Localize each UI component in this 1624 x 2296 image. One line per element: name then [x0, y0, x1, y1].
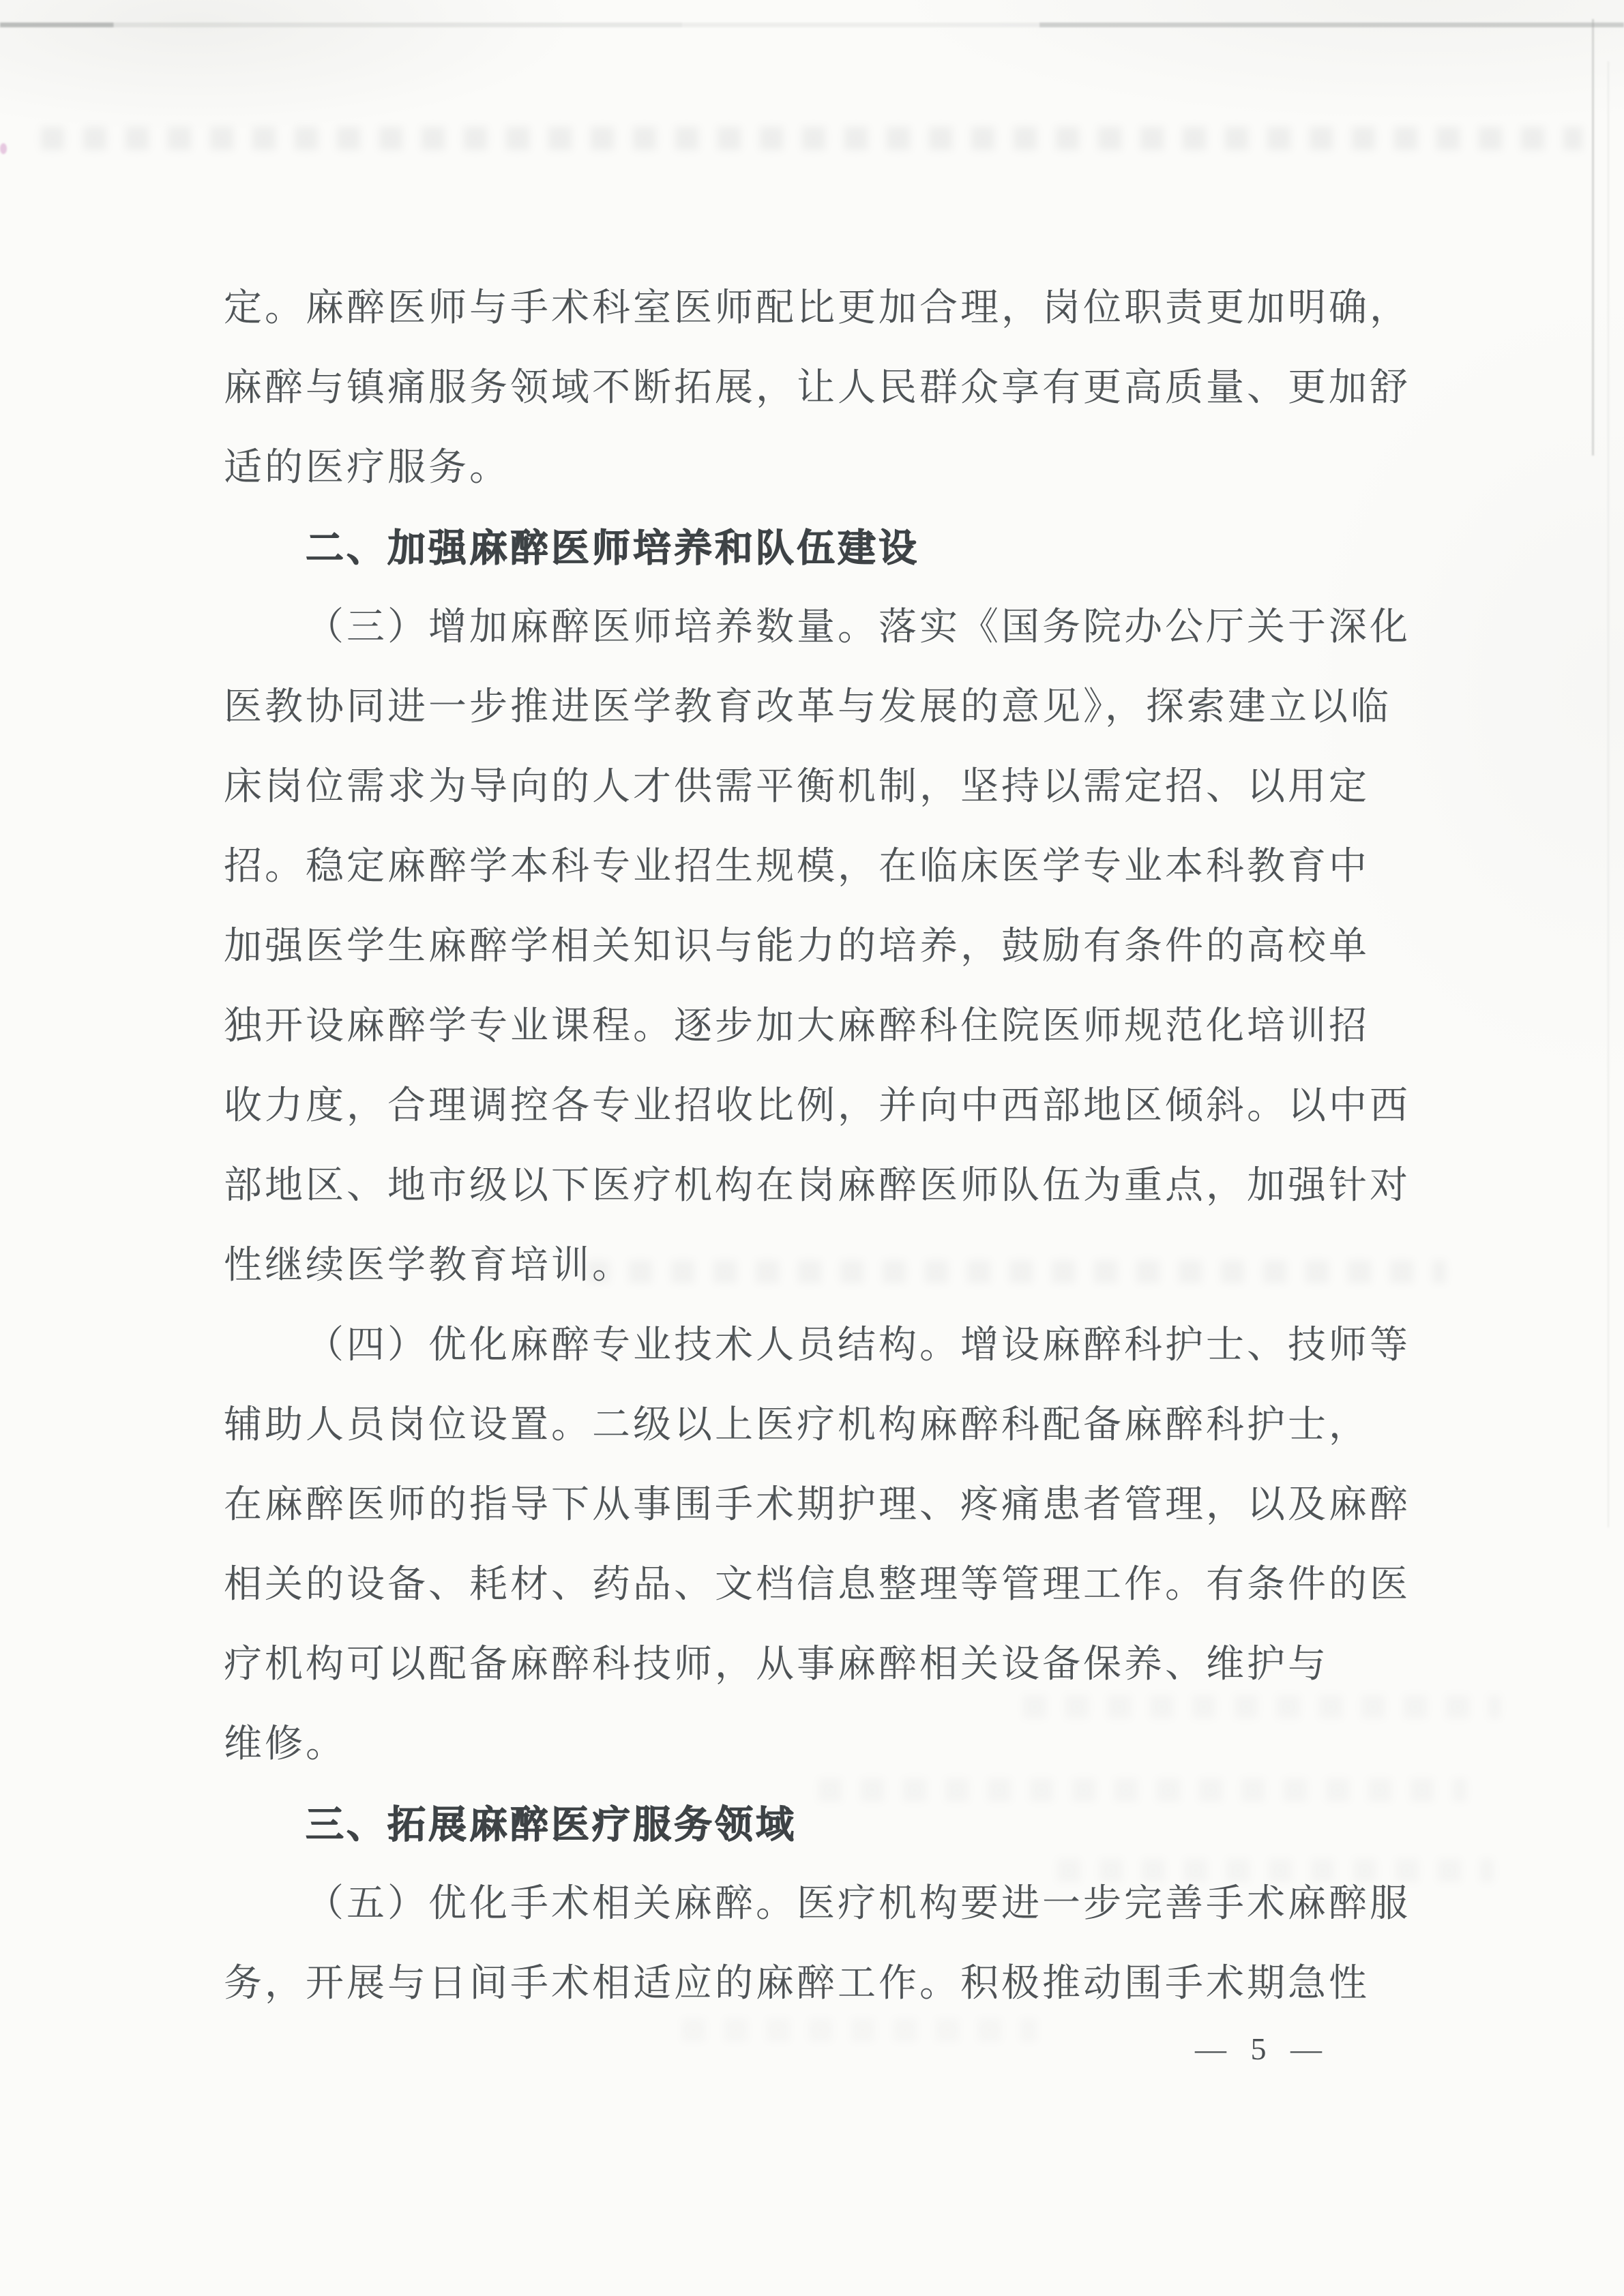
body-text-line: 加强医学生麻醉学相关知识与能力的培养，鼓励有条件的高校单: [224, 907, 1428, 987]
document-body: 定。麻醉医师与手术科室医师配比更加合理，岗位职责更加明确，麻醉与镇痛服务领域不断…: [224, 269, 1428, 2024]
scan-artifact-speck: [0, 143, 7, 154]
page-footer: — 5 —: [1195, 2031, 1330, 2067]
scanned-document-page: 定。麻醉医师与手术科室医师配比更加合理，岗位职责更加明确，麻醉与镇痛服务领域不断…: [0, 0, 1624, 2296]
section-heading: 三、拓展麻醉医疗服务领域: [224, 1785, 1428, 1864]
body-text-line: 收力度，合理调控各专业招收比例，并向中西部地区倾斜。以中西: [224, 1067, 1428, 1146]
body-text-line: 辅助人员岗位设置。二级以上医疗机构麻醉科配备麻醉科护士，: [224, 1386, 1428, 1465]
scan-artifact-vertical-line: [1592, 19, 1594, 456]
body-text-line: （四）优化麻醉专业技术人员结构。增设麻醉科护士、技师等: [224, 1306, 1428, 1386]
section-heading: 二、加强麻醉医师培养和队伍建设: [224, 508, 1428, 588]
body-text-line: 在麻醉医师的指导下从事围手术期护理、疼痛患者管理，以及麻醉: [224, 1465, 1428, 1545]
body-text-line: 招。稳定麻醉学本科专业招生规模，在临床医学专业本科教育中: [224, 827, 1428, 907]
scan-artifact-ghost-text: [41, 127, 1582, 150]
body-text-line: 麻醉与镇痛服务领域不断拓展，让人民群众享有更高质量、更加舒: [224, 348, 1428, 428]
body-text-line: 医教协同进一步推进医学教育改革与发展的意见》，探索建立以临: [224, 668, 1428, 747]
scan-artifact-top-streak: [0, 23, 1624, 27]
body-text-line: 性继续医学教育培训。: [224, 1226, 1428, 1306]
body-text-line: 部地区、地市级以下医疗机构在岗麻醉医师队伍为重点，加强针对: [224, 1146, 1428, 1226]
body-text-line: 床岗位需求为导向的人才供需平衡机制，坚持以需定招、以用定: [224, 747, 1428, 827]
scan-artifact-vertical-line: [1608, 61, 1609, 1527]
body-text-line: 务，开展与日间手术相适应的麻醉工作。积极推动围手术期急性: [224, 1944, 1428, 2024]
body-text-line: 疗机构可以配备麻醉科技师，从事麻醉相关设备保养、维护与: [224, 1625, 1428, 1705]
body-text-line: 独开设麻醉学专业课程。逐步加大麻醉科住院医师规范化培训招: [224, 987, 1428, 1067]
body-text-line: 维修。: [224, 1705, 1428, 1785]
body-text-line: 适的医疗服务。: [224, 428, 1428, 508]
body-text-line: 相关的设备、耗材、药品、文档信息整理等管理工作。有条件的医: [224, 1545, 1428, 1625]
body-text-line: 定。麻醉医师与手术科室医师配比更加合理，岗位职责更加明确，: [224, 269, 1428, 348]
page-number: — 5 —: [1195, 2031, 1330, 2066]
body-text-line: （五）优化手术相关麻醉。医疗机构要进一步完善手术麻醉服: [224, 1864, 1428, 1944]
body-text-line: （三）增加麻醉医师培养数量。落实《国务院办公厅关于深化: [224, 588, 1428, 668]
